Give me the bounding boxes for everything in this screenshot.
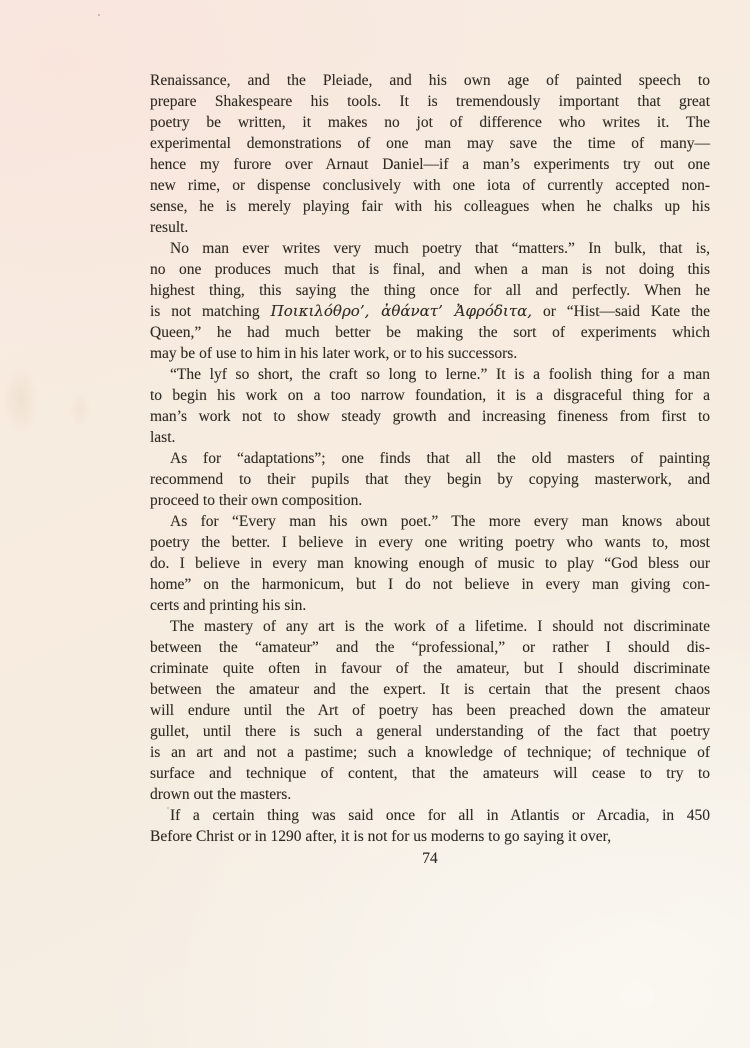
text-line: Renaissance, and the Pleiade, and his ow…	[150, 70, 710, 91]
paper-speck	[98, 14, 100, 16]
text-line: As for “adaptations”; one finds that all…	[150, 448, 710, 469]
text-line: The mastery of any art is the work of a …	[150, 616, 710, 637]
text-line: As for “Every man his own poet.” The mor…	[150, 511, 710, 532]
paper-stain	[0, 340, 60, 460]
text-line: If a certain thing was said once for all…	[150, 805, 710, 826]
text-line: no one produces much that is final, and …	[150, 259, 710, 280]
text-line: prepare Shakespeare his tools. It is tre…	[150, 91, 710, 112]
text-line: is an art and not a pastime; such a know…	[150, 742, 710, 763]
book-page-text: Renaissance, and the Pleiade, and his ow…	[150, 70, 710, 847]
text-line: poetry be written, it makes no jot of di…	[150, 112, 710, 133]
paragraph: As for “Every man his own poet.” The mor…	[150, 511, 710, 616]
text-line: between the “amateur” and the “professio…	[150, 637, 710, 658]
text-line: hence my furore over Arnaut Daniel—if a …	[150, 154, 710, 175]
text-line: criminate quite often in favour of the a…	[150, 658, 710, 679]
paper-stain	[60, 380, 100, 440]
paragraph: Renaissance, and the Pleiade, and his ow…	[150, 70, 710, 238]
text-line: Before Christ or in 1290 after, it is no…	[150, 826, 710, 847]
text-line: “The lyf so short, the craft so long to …	[150, 364, 710, 385]
text-line: do. I believe in every man knowing enoug…	[150, 553, 710, 574]
text-line: will endure until the Art of poetry has …	[150, 700, 710, 721]
paragraph: “The lyf so short, the craft so long to …	[150, 364, 710, 448]
text-line: home” on the harmonicum, but I do not be…	[150, 574, 710, 595]
text-line: No man ever writes very much poetry that…	[150, 238, 710, 259]
text-line: certs and printing his sin.	[150, 595, 710, 616]
text-line: may be of use to him in his later work, …	[150, 343, 710, 364]
page-number: 74	[150, 848, 710, 869]
paragraph: If a certain thing was said once for all…	[150, 805, 710, 847]
text-line: result.	[150, 217, 710, 238]
paragraph: The mastery of any art is the work of a …	[150, 616, 710, 805]
text-line: to begin his work on a too narrow founda…	[150, 385, 710, 406]
text-line: gullet, until there is such a general un…	[150, 721, 710, 742]
text-line: Queen,” he had much better be making the…	[150, 322, 710, 343]
text-line: new rime, or dispense conclusively with …	[150, 175, 710, 196]
text-line: poetry the better. I believe in every on…	[150, 532, 710, 553]
text-line: experimental demonstrations of one man m…	[150, 133, 710, 154]
text-line: drown out the masters.	[150, 784, 710, 805]
text-line: last.	[150, 427, 710, 448]
paragraph: No man ever writes very much poetry that…	[150, 238, 710, 364]
text-line: sense, he is merely playing fair with hi…	[150, 196, 710, 217]
paragraph: As for “adaptations”; one finds that all…	[150, 448, 710, 511]
text-line: between the amateur and the expert. It i…	[150, 679, 710, 700]
greek-phrase: Ποικιλόθρο’, ἀθάνατ’ Ἀφρόδιτα,	[271, 302, 532, 320]
text-line: is not matching Ποικιλόθρο’, ἀθάνατ’ Ἀφρ…	[150, 301, 710, 322]
text-line: surface and technique of content, that t…	[150, 763, 710, 784]
text-line: highest thing, this saying the thing onc…	[150, 280, 710, 301]
text-line: recommend to their pupils that they begi…	[150, 469, 710, 490]
text-line: proceed to their own composition.	[150, 490, 710, 511]
text-line: man’s work not to show steady growth and…	[150, 406, 710, 427]
